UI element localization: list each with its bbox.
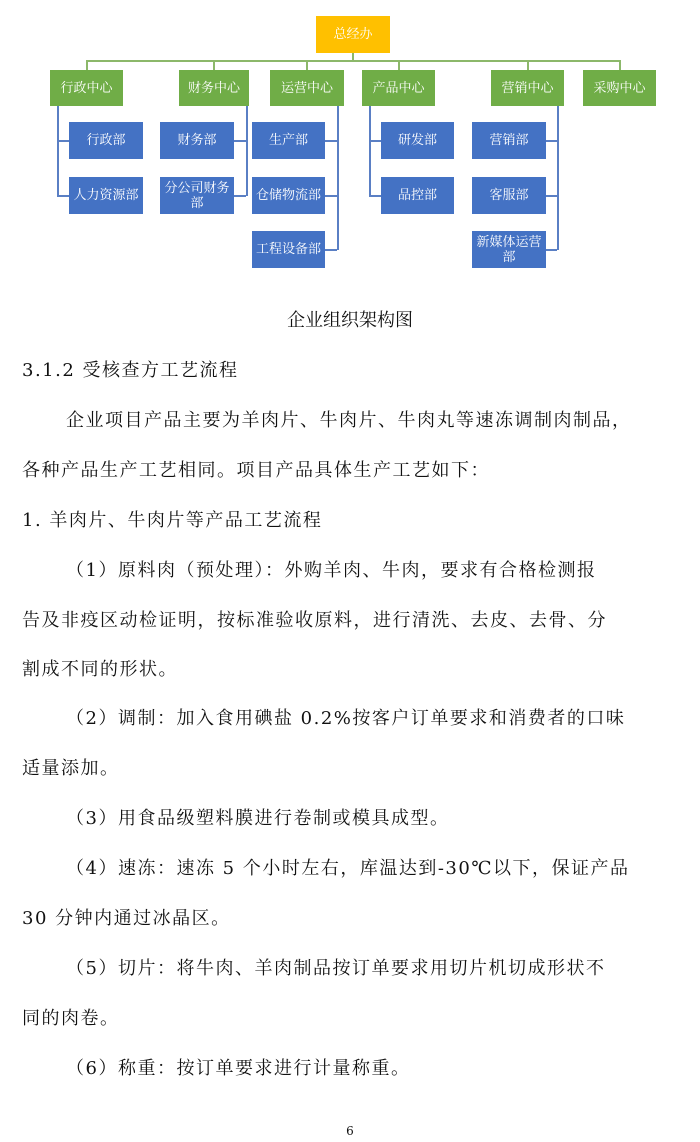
org-node-center: 行政中心 <box>50 70 123 106</box>
step-line: （1）原料肉（预处理）：外购羊肉、牛肉，要求有合格检测报 <box>66 556 700 582</box>
step-line: （3）用食品级塑料膜进行卷制或模具成型。 <box>66 804 700 830</box>
connector <box>369 106 371 196</box>
step-line: 适量添加。 <box>22 754 684 780</box>
connector <box>369 195 381 197</box>
step-line: （5）切片：将牛肉、羊肉制品按订单要求用切片机切成形状不 <box>66 954 700 980</box>
connector <box>546 140 557 142</box>
connector <box>306 60 308 70</box>
section-heading: 3.1.2 受核查方工艺流程 <box>22 356 684 382</box>
org-node-dept: 营销部 <box>472 122 546 159</box>
connector <box>246 106 248 196</box>
org-chart: 总经办 行政中心 财务中心 运营中心 产品中心 营销中心 采购中心 行政部 人力… <box>0 0 700 280</box>
connector <box>234 140 246 142</box>
org-node-dept: 行政部 <box>69 122 143 159</box>
org-node-dept: 研发部 <box>381 122 454 159</box>
connector <box>86 60 620 62</box>
intro-paragraph-line: 企业项目产品主要为羊肉片、牛肉片、牛肉丸等速冻调制肉制品， <box>66 406 686 432</box>
connector <box>213 60 215 70</box>
step-line: 同的肉卷。 <box>22 1004 684 1030</box>
subheading: 1. 羊肉片、牛肉片等产品工艺流程 <box>22 506 684 532</box>
org-node-dept: 分公司财务部 <box>160 177 234 214</box>
org-node-dept: 新媒体运营部 <box>472 231 546 268</box>
connector <box>325 140 337 142</box>
step-line: （4）速冻：速冻 5 个小时左右，库温达到-30℃以下，保证产品 <box>66 854 700 880</box>
org-node-dept: 工程设备部 <box>252 231 325 268</box>
org-node-dept: 生产部 <box>252 122 325 159</box>
step-line: 30 分钟内通过冰晶区。 <box>22 904 684 930</box>
connector <box>369 140 381 142</box>
org-node-center: 运营中心 <box>270 70 344 106</box>
connector <box>337 106 339 250</box>
org-node-center: 财务中心 <box>179 70 249 106</box>
figure-caption: 企业组织架构图 <box>0 306 700 332</box>
connector <box>527 60 529 70</box>
step-line: 告及非疫区动检证明，按标准验收原料，进行清洗、去皮、去骨、分 <box>22 606 684 632</box>
org-node-center: 采购中心 <box>583 70 656 106</box>
step-line: （6）称重：按订单要求进行计量称重。 <box>66 1054 700 1080</box>
connector <box>57 140 69 142</box>
org-node-dept: 财务部 <box>160 122 234 159</box>
org-node-center: 营销中心 <box>491 70 564 106</box>
connector <box>86 60 88 70</box>
org-node-center: 产品中心 <box>362 70 435 106</box>
connector <box>546 195 557 197</box>
step-line: （2）调制：加入食用碘盐 0.2%按客户订单要求和消费者的口味 <box>66 704 700 730</box>
org-node-dept: 客服部 <box>472 177 546 214</box>
connector <box>325 195 337 197</box>
connector <box>57 195 69 197</box>
connector <box>619 60 621 70</box>
connector <box>234 195 246 197</box>
page-number: 6 <box>0 1124 700 1138</box>
step-line: 割成不同的形状。 <box>22 655 684 681</box>
connector <box>398 60 400 70</box>
org-node-dept: 人力资源部 <box>69 177 143 214</box>
connector <box>557 106 559 250</box>
intro-paragraph-line: 各种产品生产工艺相同。项目产品具体生产工艺如下： <box>22 456 684 482</box>
connector <box>546 249 557 251</box>
connector <box>57 106 59 196</box>
org-node-dept: 品控部 <box>381 177 454 214</box>
org-node-root: 总经办 <box>316 16 390 53</box>
connector <box>325 249 337 251</box>
org-node-dept: 仓储物流部 <box>252 177 325 214</box>
